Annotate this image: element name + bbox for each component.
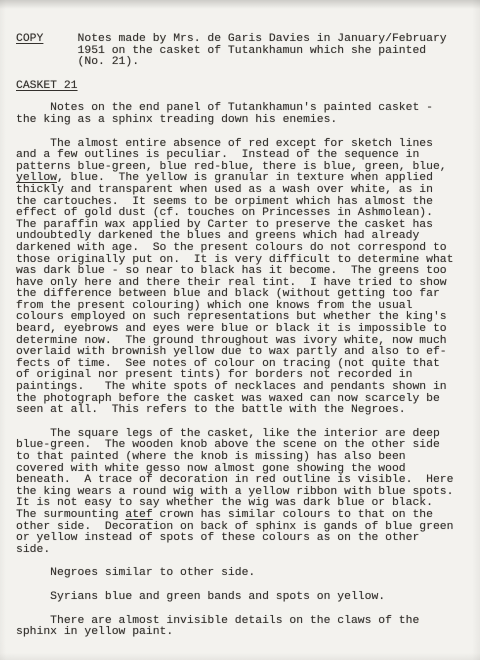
text-run: The almost entire absence of red except … [16, 138, 447, 173]
text-run: Syrians blue and green bands and spots o… [16, 591, 385, 603]
text-run: There are almost invisible details on th… [16, 615, 419, 639]
text-run: The square legs of the casket, like the … [16, 428, 453, 521]
document-page: COPY Notes made by Mrs. de Garis Davies … [0, 0, 480, 660]
paragraph-legs-and-other-side: The square legs of the casket, like the … [16, 429, 476, 557]
paragraph-colours-discussion: The almost entire absence of red except … [16, 139, 476, 417]
text-run: Negroes similar to other side. [16, 567, 255, 579]
underlined-text: CASKET 21 [16, 80, 78, 92]
paragraph-end-panel-intro: Notes on the end panel of Tutankhamun's … [16, 103, 476, 126]
text-run: Notes made by Mrs. de Garis Davies in Ja… [16, 33, 447, 68]
section-heading-casket-21: CASKET 21 [16, 81, 476, 93]
underlined-text: atef [125, 509, 152, 521]
text-run: Notes on the end panel of Tutankhamun's … [16, 102, 433, 126]
underlined-text: yellow [16, 172, 57, 184]
copy-header: COPY Notes made by Mrs. de Garis Davies … [16, 34, 476, 69]
text-run: , blue. The yellow is granular in textur… [16, 172, 453, 416]
paragraph-syrians: Syrians blue and green bands and spots o… [16, 592, 476, 604]
paragraph-sphinx-claws: There are almost invisible details on th… [16, 616, 476, 639]
document-body: COPY Notes made by Mrs. de Garis Davies … [16, 34, 476, 651]
underlined-text: COPY [16, 33, 43, 45]
paragraph-negroes: Negroes similar to other side. [16, 568, 476, 580]
